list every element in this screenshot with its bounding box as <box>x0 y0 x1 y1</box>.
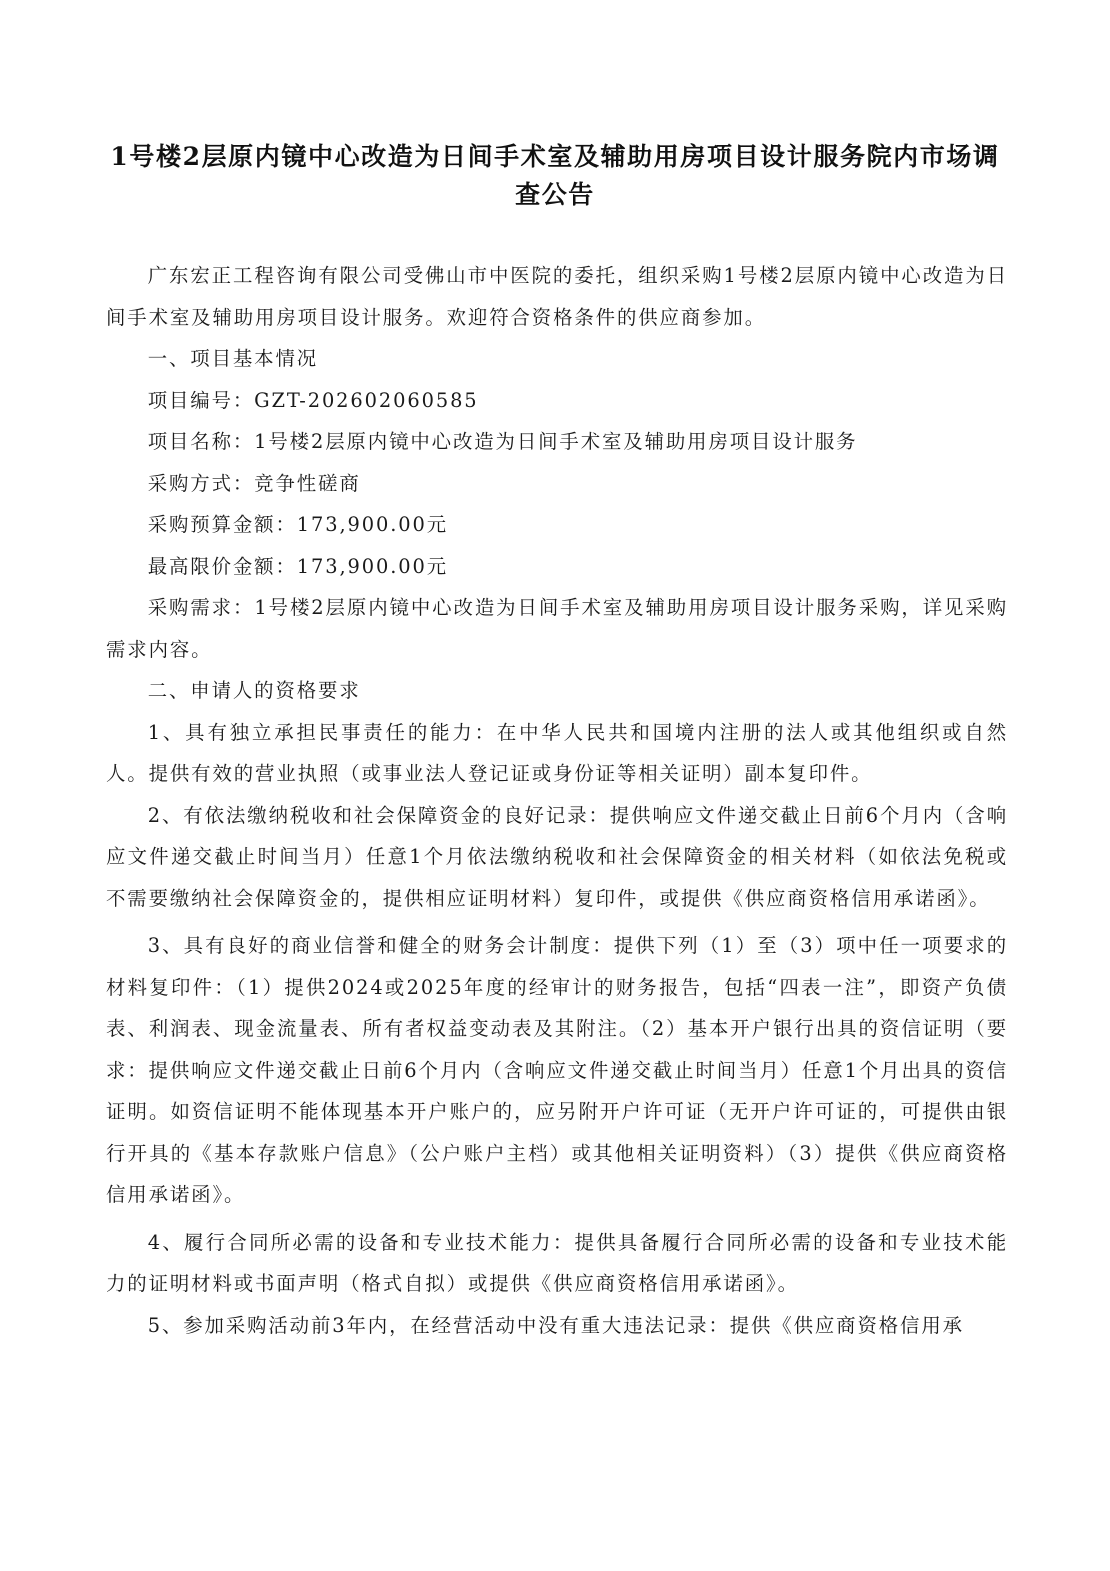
section-heading-qualifications: 二、申请人的资格要求 <box>106 670 1008 712</box>
procurement-needs-paragraph: 采购需求：1号楼2层原内镜中心改造为日间手术室及辅助用房项目设计服务采购，详见采… <box>106 587 1008 670</box>
intro-paragraph: 广东宏正工程咨询有限公司受佛山市中医院的委托，组织采购1号楼2层原内镜中心改造为… <box>106 255 1008 338</box>
document-page: 1号楼2层原内镜中心改造为日间手术室及辅助用房项目设计服务院内市场调查公告 广东… <box>0 0 1110 1571</box>
requirement-3-paragraph: 3、具有良好的商业信誉和健全的财务会计制度：提供下列（1）至（3）项中任一项要求… <box>106 925 1008 1216</box>
project-name-line: 项目名称：1号楼2层原内镜中心改造为日间手术室及辅助用房项目设计服务 <box>106 421 1008 463</box>
section-heading-project-info: 一、项目基本情况 <box>106 338 1008 380</box>
budget-amount-line: 采购预算金额：173,900.00元 <box>106 504 1008 546</box>
document-body: 广东宏正工程咨询有限公司受佛山市中医院的委托，组织采购1号楼2层原内镜中心改造为… <box>106 255 1008 1346</box>
max-price-line: 最高限价金额：173,900.00元 <box>106 546 1008 588</box>
requirement-1-paragraph: 1、具有独立承担民事责任的能力：在中华人民共和国境内注册的法人或其他组织或自然人… <box>106 712 1008 795</box>
document-title: 1号楼2层原内镜中心改造为日间手术室及辅助用房项目设计服务院内市场调查公告 <box>105 138 1005 214</box>
requirement-2-paragraph: 2、有依法缴纳税收和社会保障资金的良好记录：提供响应文件递交截止日前6个月内（含… <box>106 795 1008 920</box>
requirement-4-paragraph: 4、履行合同所必需的设备和专业技术能力：提供具备履行合同所必需的设备和专业技术能… <box>106 1222 1008 1305</box>
requirement-5-paragraph: 5、参加采购活动前3年内，在经营活动中没有重大违法记录：提供《供应商资格信用承 <box>106 1305 1008 1347</box>
project-number-line: 项目编号：GZT-202602060585 <box>106 380 1008 422</box>
procurement-method-line: 采购方式：竞争性磋商 <box>106 463 1008 505</box>
